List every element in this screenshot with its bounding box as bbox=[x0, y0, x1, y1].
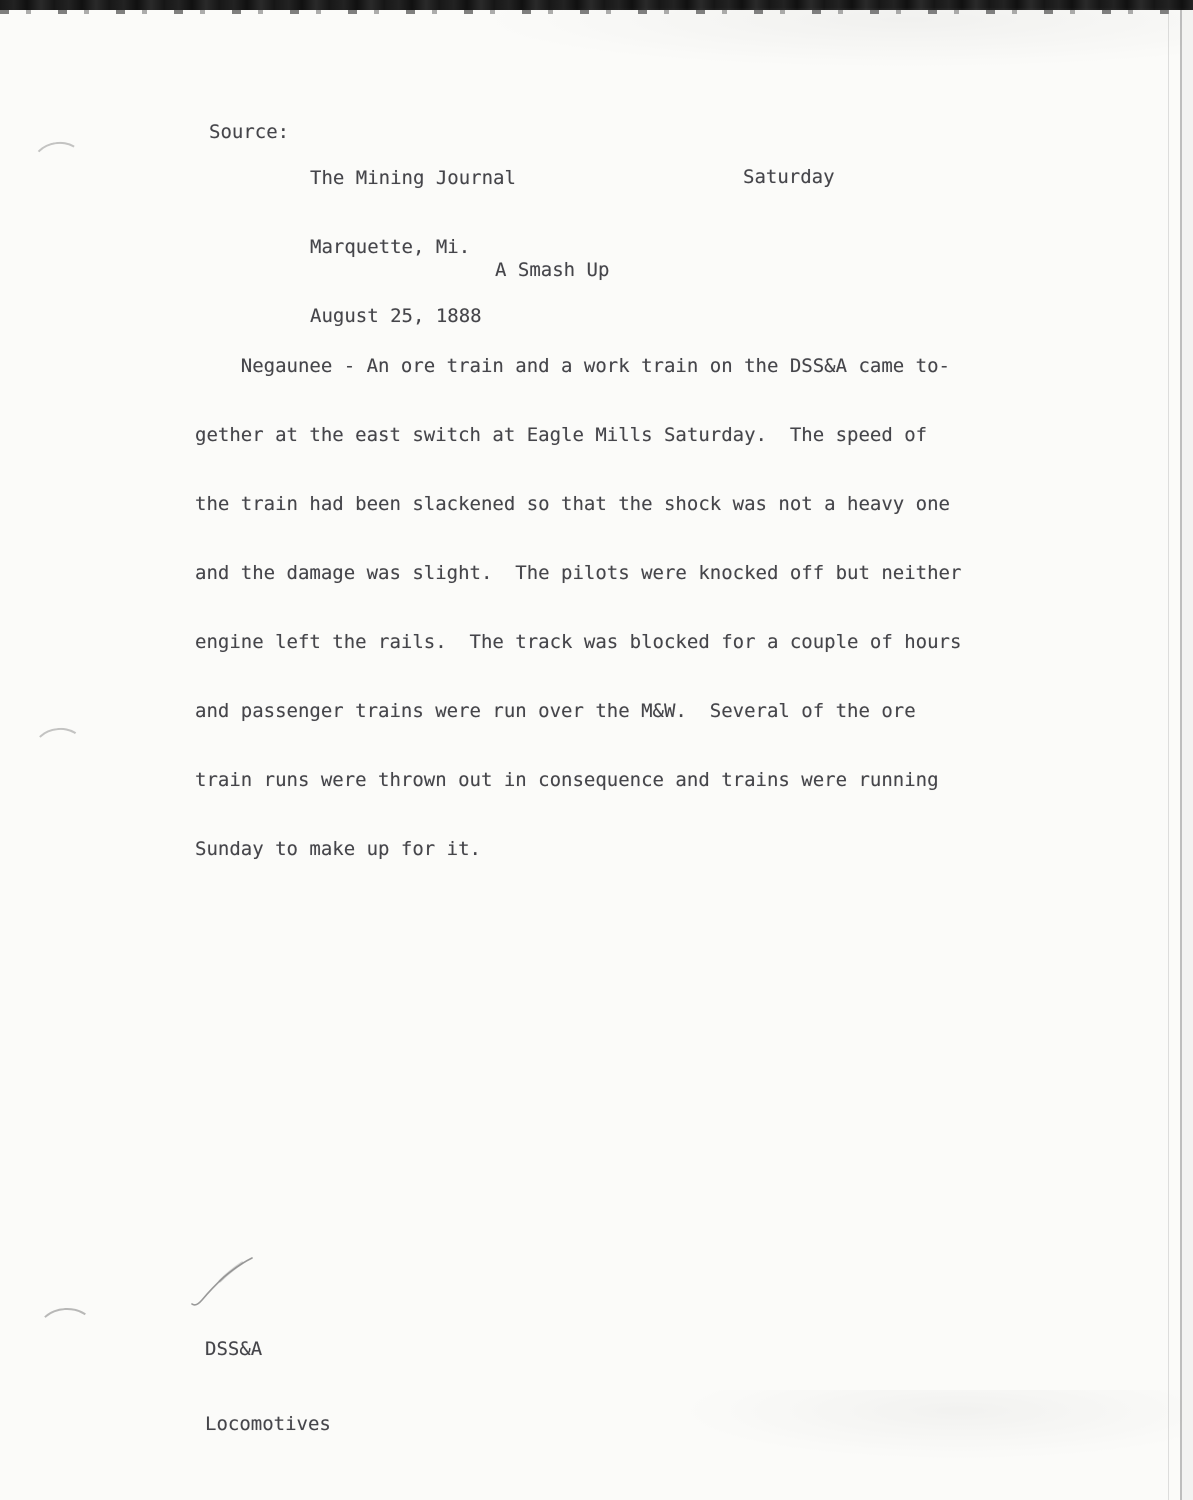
punch-hole-mark bbox=[37, 1306, 96, 1352]
page-edge-strip bbox=[1182, 10, 1193, 1500]
source-location: Marquette, Mi. bbox=[310, 236, 516, 259]
punch-hole-mark bbox=[32, 725, 86, 768]
source-label: Source: bbox=[209, 121, 289, 144]
archive-category-label: DSS&A Locomotives bbox=[205, 1287, 331, 1487]
source-publication: The Mining Journal bbox=[310, 167, 516, 190]
body-line: the train had been slackened so that the… bbox=[195, 493, 961, 516]
body-line: gether at the east switch at Eagle Mills… bbox=[195, 424, 961, 447]
scan-smudge bbox=[480, 8, 1190, 68]
punch-hole-mark bbox=[31, 139, 86, 184]
article-title: A Smash Up bbox=[495, 259, 609, 282]
day-of-week-note: Saturday bbox=[743, 166, 835, 189]
body-line: and the damage was slight. The pilots we… bbox=[195, 562, 961, 585]
body-line: train runs were thrown out in consequenc… bbox=[195, 769, 961, 792]
footer-line-railroad: DSS&A bbox=[205, 1337, 331, 1362]
article-body: Negaunee - An ore train and a work train… bbox=[195, 309, 961, 907]
body-line: Sunday to make up for it. bbox=[195, 838, 961, 861]
page-edge-line bbox=[1168, 10, 1169, 1500]
body-line: and passenger trains were run over the M… bbox=[195, 700, 961, 723]
scan-smudge bbox=[680, 1390, 1190, 1460]
body-line: engine left the rails. The track was blo… bbox=[195, 631, 961, 654]
body-line: Negaunee - An ore train and a work train… bbox=[195, 355, 961, 378]
scanned-document-page: Source: The Mining Journal Marquette, Mi… bbox=[0, 0, 1193, 1500]
footer-line-subject: Locomotives bbox=[205, 1412, 331, 1437]
